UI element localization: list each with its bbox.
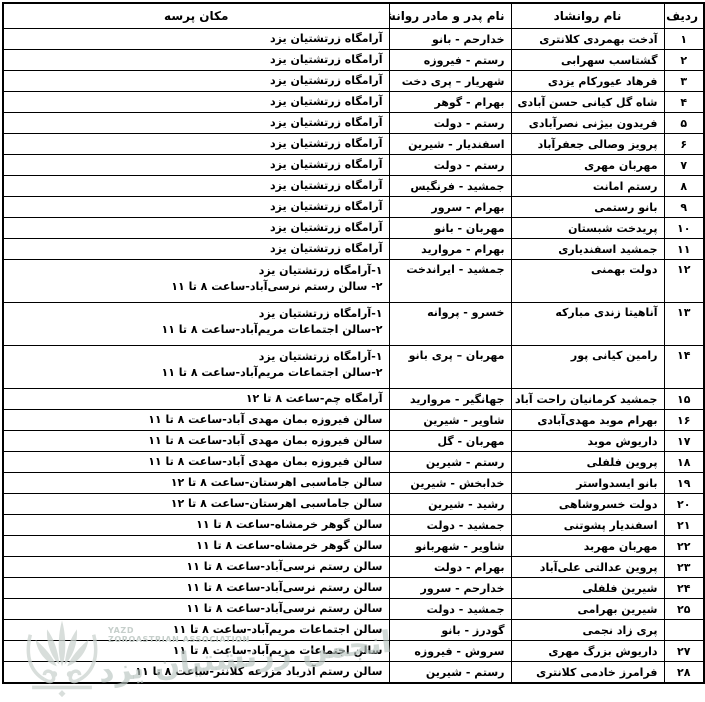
parents-names: گودرز - بانو bbox=[389, 620, 511, 641]
table-row: ۷ مهربان مهری رستم - دولت آرامگاه زرتشتی… bbox=[3, 155, 704, 176]
parents-names: اسفندیار - شیرین bbox=[389, 134, 511, 155]
deceased-name: فرهاد عیورکام یزدی bbox=[511, 71, 664, 92]
row-number: ۱۰ bbox=[664, 218, 704, 239]
deceased-name: شیرین فلفلی bbox=[511, 578, 664, 599]
table-row: ۱۸ پروین فلفلی رستم - شیرین سالن فیروزه … bbox=[3, 452, 704, 473]
table-row: ۲۱ اسفندیار پشوتنی جمشید - دولت سالن گوه… bbox=[3, 515, 704, 536]
location-line: آرامگاه زرتشتیان یزد bbox=[10, 113, 383, 133]
deceased-name: رامین کیانی پور bbox=[511, 346, 664, 389]
table-row: ۶ پرویز وصالی جعفرآباد اسفندیار - شیرین … bbox=[3, 134, 704, 155]
memorial-table: ردیف نام روانشاد نام پدر و مادر روانشاد … bbox=[2, 2, 705, 684]
location-cell: آرامگاه زرتشتیان یزد bbox=[3, 29, 389, 50]
table-row: ۲۸ فرامرز خادمی کلانتری رستم - شیرین سال… bbox=[3, 662, 704, 684]
table-body: ۱ آدخت بهمردی کلانتری خدارحم - بانو آرام… bbox=[3, 29, 704, 684]
row-number: ۱۸ bbox=[664, 452, 704, 473]
row-number: ۲۸ bbox=[664, 662, 704, 684]
row-number: ۱۶ bbox=[664, 410, 704, 431]
location-line: آرامگاه زرتشتیان یزد bbox=[10, 176, 383, 196]
parents-names: رستم - شیرین bbox=[389, 452, 511, 473]
row-number: ۱۱ bbox=[664, 239, 704, 260]
deceased-name: فریدون بیژنی نصرآبادی bbox=[511, 113, 664, 134]
deceased-name: شاه گل کیانی حسن آبادی bbox=[511, 92, 664, 113]
table-row: ۱۱ جمشید اسفندیاری بهرام - مروارید آرامگ… bbox=[3, 239, 704, 260]
location-cell: سالن فیروزه بمان مهدی آباد-ساعت ۸ تا ۱۱ bbox=[3, 410, 389, 431]
deceased-name: پری زاد نجمی bbox=[511, 620, 664, 641]
location-line: سالن فیروزه بمان مهدی آباد-ساعت ۸ تا ۱۱ bbox=[10, 410, 383, 430]
location-line: سالن رستم آذرباد مزرعه کلانتر-ساعت ۸ تا … bbox=[10, 662, 383, 682]
location-cell: سالن رستم نرسی‌آباد-ساعت ۸ تا ۱۱ bbox=[3, 578, 389, 599]
table-header: ردیف نام روانشاد نام پدر و مادر روانشاد … bbox=[3, 3, 704, 29]
deceased-name: مهربان مهربد bbox=[511, 536, 664, 557]
location-cell: سالن رستم نرسی‌آباد-ساعت ۸ تا ۱۱ bbox=[3, 557, 389, 578]
row-number: ۲۳ bbox=[664, 557, 704, 578]
parents-names: بهرام - گوهر bbox=[389, 92, 511, 113]
location-line: سالن رستم نرسی‌آباد-ساعت ۸ تا ۱۱ bbox=[10, 599, 383, 619]
location-cell: آرامگاه زرتشتیان یزد bbox=[3, 218, 389, 239]
parents-names: شهریار – پری دخت bbox=[389, 71, 511, 92]
parents-names: مهربان - گل bbox=[389, 431, 511, 452]
location-cell: ۱-آرامگاه زرتشتیان یزد۲- سالن رستم نرسی‌… bbox=[3, 260, 389, 303]
location-line: سالن رستم نرسی‌آباد-ساعت ۸ تا ۱۱ bbox=[10, 557, 383, 577]
deceased-name: گشتاسب سهرابی bbox=[511, 50, 664, 71]
parents-names: خسرو - پروانه bbox=[389, 303, 511, 346]
row-number: ۳ bbox=[664, 71, 704, 92]
parents-names: مهربان - بانو bbox=[389, 218, 511, 239]
deceased-name: پرویز وصالی جعفرآباد bbox=[511, 134, 664, 155]
table-row: ۴ شاه گل کیانی حسن آبادی بهرام - گوهر آر… bbox=[3, 92, 704, 113]
deceased-name: مهربان مهری bbox=[511, 155, 664, 176]
parents-names: جهانگیر - مروارید bbox=[389, 389, 511, 410]
parents-names: رستم - دولت bbox=[389, 113, 511, 134]
location-line: آرامگاه زرتشتیان یزد bbox=[10, 218, 383, 238]
deceased-name: پریدخت شبستان bbox=[511, 218, 664, 239]
location-cell: آرامگاه زرتشتیان یزد bbox=[3, 134, 389, 155]
location-line: آرامگاه زرتشتیان یزد bbox=[10, 197, 383, 217]
deceased-name: پروین فلفلی bbox=[511, 452, 664, 473]
row-number: ۵ bbox=[664, 113, 704, 134]
location-cell: سالن گوهر خرمشاه-ساعت ۸ تا ۱۱ bbox=[3, 536, 389, 557]
parents-names: خدابخش - شیرین bbox=[389, 473, 511, 494]
deceased-name: بانو رستمی bbox=[511, 197, 664, 218]
location-line: سالن فیروزه بمان مهدی آباد-ساعت ۸ تا ۱۱ bbox=[10, 452, 383, 472]
deceased-name: بانو ایسدواستر bbox=[511, 473, 664, 494]
location-line: آرامگاه زرتشتیان یزد bbox=[10, 239, 383, 259]
deceased-name: داریوش بزرگ مهری bbox=[511, 641, 664, 662]
parents-names: سروش - فیروزه bbox=[389, 641, 511, 662]
table-row: ۲۲ مهربان مهربد شاویر - شهربانو سالن گوه… bbox=[3, 536, 704, 557]
location-cell: آرامگاه زرتشتیان یزد bbox=[3, 176, 389, 197]
deceased-name: فرامرز خادمی کلانتری bbox=[511, 662, 664, 684]
location-line: آرامگاه چم-ساعت ۸ تا ۱۲ bbox=[10, 389, 383, 409]
parents-names: جمشید - ایراندخت bbox=[389, 260, 511, 303]
header-row: ردیف نام روانشاد نام پدر و مادر روانشاد … bbox=[3, 3, 704, 29]
table-row: ۱۷ داریوش موبد مهربان - گل سالن فیروزه ب… bbox=[3, 431, 704, 452]
row-number: ۷ bbox=[664, 155, 704, 176]
location-line: سالن گوهر خرمشاه-ساعت ۸ تا ۱۱ bbox=[10, 536, 383, 556]
table-row: ۸ رستم امانت جمشید - فرنگیس آرامگاه زرتش… bbox=[3, 176, 704, 197]
location-cell: آرامگاه زرتشتیان یزد bbox=[3, 113, 389, 134]
location-line: آرامگاه زرتشتیان یزد bbox=[10, 155, 383, 175]
deceased-name: جمشید اسفندیاری bbox=[511, 239, 664, 260]
table-row: ۲۴ شیرین فلفلی خدارحم - سرور سالن رستم ن… bbox=[3, 578, 704, 599]
location-line: ۲- سالن رستم نرسی‌آباد-ساعت ۸ تا ۱۱ bbox=[10, 279, 383, 295]
table-row: ۱۴ رامین کیانی پور مهربان – پری بانو ۱-آ… bbox=[3, 346, 704, 389]
location-line: آرامگاه زرتشتیان یزد bbox=[10, 134, 383, 154]
location-line: ۲-سالن اجتماعات مریم‌آباد-ساعت ۸ تا ۱۱ bbox=[10, 322, 383, 338]
deceased-name: پروین عدالتی علی‌آباد bbox=[511, 557, 664, 578]
deceased-name: دولت بهمنی bbox=[511, 260, 664, 303]
row-number: ۱۴ bbox=[664, 346, 704, 389]
parents-names: خدارحم - سرور bbox=[389, 578, 511, 599]
location-cell: سالن اجتماعات مریم‌آباد-ساعت ۸ تا ۱۱ bbox=[3, 641, 389, 662]
location-line: آرامگاه زرتشتیان یزد bbox=[10, 29, 383, 49]
row-number: ۱۳ bbox=[664, 303, 704, 346]
location-cell: ۱-آرامگاه زرتشتیان یزد۲-سالن اجتماعات مر… bbox=[3, 303, 389, 346]
deceased-name: آناهیتا زندی مبارکه bbox=[511, 303, 664, 346]
row-number: ۸ bbox=[664, 176, 704, 197]
deceased-name: شیرین بهرامی bbox=[511, 599, 664, 620]
location-cell: آرامگاه زرتشتیان یزد bbox=[3, 71, 389, 92]
parents-names: بهرام - مروارید bbox=[389, 239, 511, 260]
parents-names: رشید - شیرین bbox=[389, 494, 511, 515]
location-line: آرامگاه زرتشتیان یزد bbox=[10, 92, 383, 112]
row-number: ۶ bbox=[664, 134, 704, 155]
table-row: ۲۵ شیرین بهرامی جمشید - دولت سالن رستم ن… bbox=[3, 599, 704, 620]
table-row: ۱۶ بهرام موبد مهدی‌آبادی شاویر - شیرین س… bbox=[3, 410, 704, 431]
table-row: ۲۳ پروین عدالتی علی‌آباد بهرام - دولت سا… bbox=[3, 557, 704, 578]
deceased-name: جمشید کرمانیان راحت آباد bbox=[511, 389, 664, 410]
parents-names: رستم - دولت bbox=[389, 155, 511, 176]
table-row: ۹ بانو رستمی بهرام - سرور آرامگاه زرتشتی… bbox=[3, 197, 704, 218]
location-line: آرامگاه زرتشتیان یزد bbox=[10, 50, 383, 70]
location-line: سالن فیروزه بمان مهدی آباد-ساعت ۸ تا ۱۱ bbox=[10, 431, 383, 451]
location-line: ۱-آرامگاه زرتشتیان یزد bbox=[10, 349, 383, 365]
row-number: ۴ bbox=[664, 92, 704, 113]
row-number: ۱۹ bbox=[664, 473, 704, 494]
parents-names: شاویر - شیرین bbox=[389, 410, 511, 431]
table-row: ۱۵ جمشید کرمانیان راحت آباد جهانگیر - مر… bbox=[3, 389, 704, 410]
parents-names: خدارحم - بانو bbox=[389, 29, 511, 50]
location-cell: ۱-آرامگاه زرتشتیان یزد۲-سالن اجتماعات مر… bbox=[3, 346, 389, 389]
table-row: ۲۷ داریوش بزرگ مهری سروش - فیروزه سالن ا… bbox=[3, 641, 704, 662]
parents-names: شاویر - شهربانو bbox=[389, 536, 511, 557]
parents-names: جمشید - دولت bbox=[389, 599, 511, 620]
location-cell: سالن گوهر خرمشاه-ساعت ۸ تا ۱۱ bbox=[3, 515, 389, 536]
parents-names: مهربان – پری بانو bbox=[389, 346, 511, 389]
location-cell: آرامگاه زرتشتیان یزد bbox=[3, 197, 389, 218]
location-line: سالن جاماسبی اهرستان-ساعت ۸ تا ۱۲ bbox=[10, 494, 383, 514]
table-row: ۱۲ دولت بهمنی جمشید - ایراندخت ۱-آرامگاه… bbox=[3, 260, 704, 303]
table-row: ۲۰ دولت خسروشاهی رشید - شیرین سالن جاماس… bbox=[3, 494, 704, 515]
location-line: ۱-آرامگاه زرتشتیان یزد bbox=[10, 263, 383, 279]
row-number: ۱۲ bbox=[664, 260, 704, 303]
table-row: ۲ گشتاسب سهرابی رستم - فیروزه آرامگاه زر… bbox=[3, 50, 704, 71]
table-row: ۱۰ پریدخت شبستان مهربان - بانو آرامگاه ز… bbox=[3, 218, 704, 239]
deceased-name: دولت خسروشاهی bbox=[511, 494, 664, 515]
location-cell: سالن رستم آذرباد مزرعه کلانتر-ساعت ۸ تا … bbox=[3, 662, 389, 684]
header-parents-name: نام پدر و مادر روانشاد bbox=[389, 3, 511, 29]
row-number: ۲۱ bbox=[664, 515, 704, 536]
location-cell: آرامگاه زرتشتیان یزد bbox=[3, 50, 389, 71]
deceased-name: آدخت بهمردی کلانتری bbox=[511, 29, 664, 50]
table-row: ۱ آدخت بهمردی کلانتری خدارحم - بانو آرام… bbox=[3, 29, 704, 50]
table-row: ۱۹ بانو ایسدواستر خدابخش - شیرین سالن جا… bbox=[3, 473, 704, 494]
location-cell: سالن اجتماعات مریم‌آباد-ساعت ۸ تا ۱۱ bbox=[3, 620, 389, 641]
row-number: ۲۴ bbox=[664, 578, 704, 599]
location-cell: آرامگاه چم-ساعت ۸ تا ۱۲ bbox=[3, 389, 389, 410]
row-number: ۲ bbox=[664, 50, 704, 71]
header-deceased-name: نام روانشاد bbox=[511, 3, 664, 29]
location-line: سالن اجتماعات مریم‌آباد-ساعت ۸ تا ۱۱ bbox=[10, 641, 383, 661]
table-row: پری زاد نجمی گودرز - بانو سالن اجتماعات … bbox=[3, 620, 704, 641]
deceased-name: داریوش موبد bbox=[511, 431, 664, 452]
location-cell: سالن جاماسبی اهرستان-ساعت ۸ تا ۱۲ bbox=[3, 494, 389, 515]
deceased-name: اسفندیار پشوتنی bbox=[511, 515, 664, 536]
row-number bbox=[664, 620, 704, 641]
row-number: ۲۷ bbox=[664, 641, 704, 662]
location-line: سالن اجتماعات مریم‌آباد-ساعت ۸ تا ۱۱ bbox=[10, 620, 383, 640]
table-row: ۳ فرهاد عیورکام یزدی شهریار – پری دخت آر… bbox=[3, 71, 704, 92]
row-number: ۱۵ bbox=[664, 389, 704, 410]
location-line: سالن رستم نرسی‌آباد-ساعت ۸ تا ۱۱ bbox=[10, 578, 383, 598]
location-cell: سالن فیروزه بمان مهدی آباد-ساعت ۸ تا ۱۱ bbox=[3, 431, 389, 452]
row-number: ۱ bbox=[664, 29, 704, 50]
parents-names: رستم - شیرین bbox=[389, 662, 511, 684]
location-line: ۱-آرامگاه زرتشتیان یزد bbox=[10, 306, 383, 322]
parents-names: جمشید - فرنگیس bbox=[389, 176, 511, 197]
parents-names: جمشید - دولت bbox=[389, 515, 511, 536]
location-cell: سالن جاماسبی اهرستان-ساعت ۸ تا ۱۲ bbox=[3, 473, 389, 494]
memorial-schedule-page: ردیف نام روانشاد نام پدر و مادر روانشاد … bbox=[0, 0, 705, 702]
row-number: ۲۲ bbox=[664, 536, 704, 557]
row-number: ۹ bbox=[664, 197, 704, 218]
location-cell: آرامگاه زرتشتیان یزد bbox=[3, 92, 389, 113]
deceased-name: بهرام موبد مهدی‌آبادی bbox=[511, 410, 664, 431]
location-line: سالن گوهر خرمشاه-ساعت ۸ تا ۱۱ bbox=[10, 515, 383, 535]
location-cell: سالن رستم نرسی‌آباد-ساعت ۸ تا ۱۱ bbox=[3, 599, 389, 620]
parents-names: بهرام - دولت bbox=[389, 557, 511, 578]
row-number: ۲۵ bbox=[664, 599, 704, 620]
row-number: ۲۰ bbox=[664, 494, 704, 515]
deceased-name: رستم امانت bbox=[511, 176, 664, 197]
row-number: ۱۷ bbox=[664, 431, 704, 452]
location-line: سالن جاماسبی اهرستان-ساعت ۸ تا ۱۲ bbox=[10, 473, 383, 493]
location-cell: سالن فیروزه بمان مهدی آباد-ساعت ۸ تا ۱۱ bbox=[3, 452, 389, 473]
table-row: ۱۳ آناهیتا زندی مبارکه خسرو - پروانه ۱-آ… bbox=[3, 303, 704, 346]
header-location: مکان پرسه bbox=[3, 3, 389, 29]
location-cell: آرامگاه زرتشتیان یزد bbox=[3, 239, 389, 260]
parents-names: بهرام - سرور bbox=[389, 197, 511, 218]
header-row-number: ردیف bbox=[664, 3, 704, 29]
location-line: ۲-سالن اجتماعات مریم‌آباد-ساعت ۸ تا ۱۱ bbox=[10, 365, 383, 381]
location-cell: آرامگاه زرتشتیان یزد bbox=[3, 155, 389, 176]
table-row: ۵ فریدون بیژنی نصرآبادی رستم - دولت آرام… bbox=[3, 113, 704, 134]
parents-names: رستم - فیروزه bbox=[389, 50, 511, 71]
location-line: آرامگاه زرتشتیان یزد bbox=[10, 71, 383, 91]
